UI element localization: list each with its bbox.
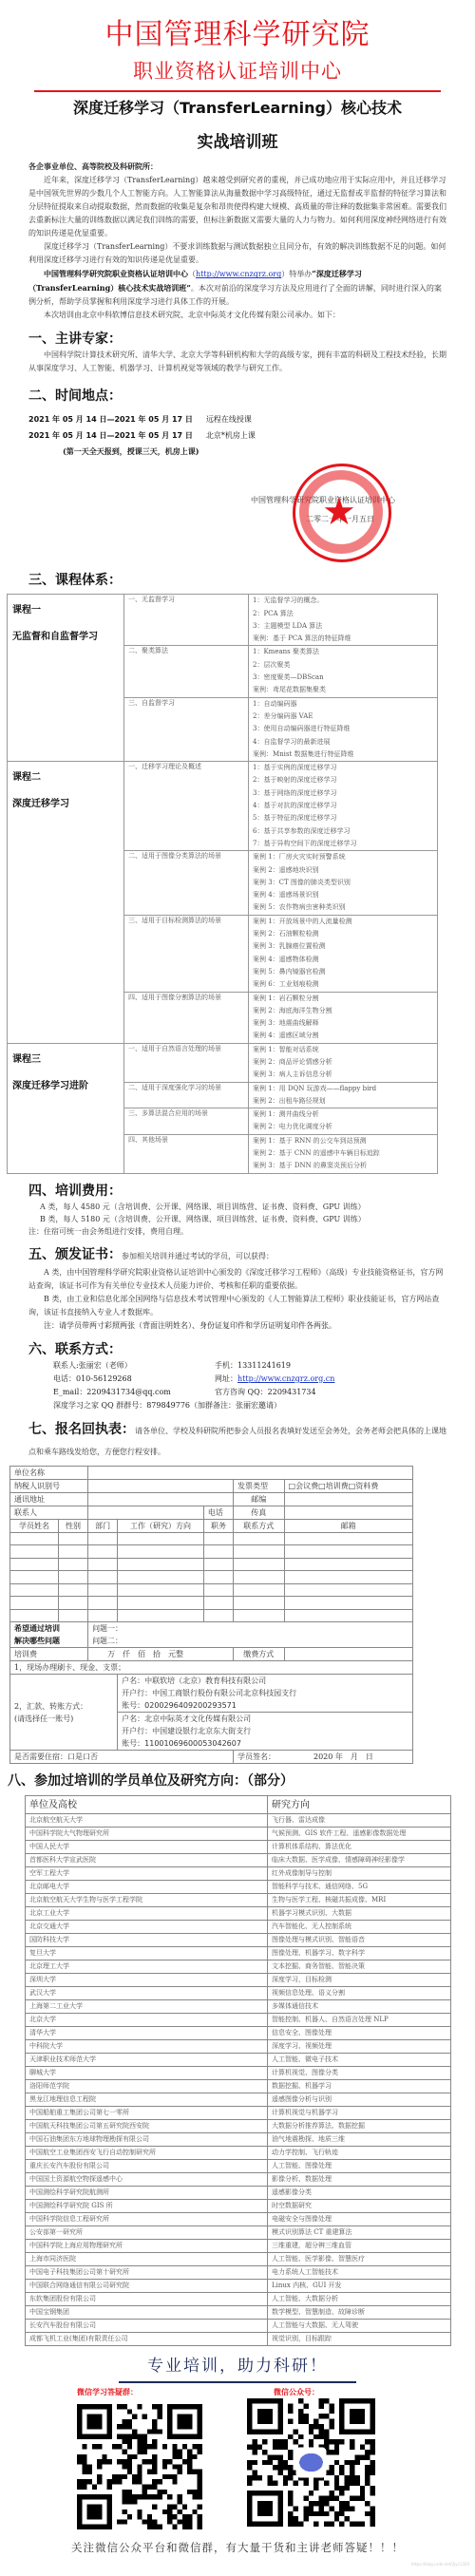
alumni-unit: 长安汽车股份有限公司 — [26, 2320, 268, 2333]
section-experts-heading: 一、主讲专家： — [28, 330, 446, 349]
student-entry-cell[interactable] — [58, 1545, 87, 1559]
student-entry-cell[interactable] — [88, 1545, 118, 1559]
header-divider — [34, 90, 441, 92]
alumni-direction: 电磁安全与图像处理 — [268, 2213, 451, 2226]
alumni-direction: 人工智能、医学影像、智慧医疗 — [268, 2253, 451, 2266]
student-entry-cell[interactable] — [234, 1583, 285, 1597]
alumni-row: 上海市同济医院人工智能、医学影像、智慧医疗 — [26, 2253, 451, 2266]
fax-field[interactable] — [284, 1506, 412, 1519]
wechat-group-qr-icon[interactable] — [77, 2404, 202, 2529]
student-entry-row — [10, 1571, 413, 1584]
student-entry-cell[interactable] — [118, 1571, 204, 1584]
module-title: 三、多算法混合应用的场景 — [124, 1108, 249, 1135]
wechat-official-qr-icon[interactable] — [247, 2398, 375, 2527]
module-items: 1：Kmeans 聚类算法2：层次聚类3：密度聚类—DBScan案例：鸢尾花数据… — [249, 646, 438, 697]
contact-qq: 官方咨询 QQ：2209431734 — [215, 1386, 405, 1399]
fee-b: B 类，每人 5180 元（含培训费、公开课、网络课、项目训练营、证书费、资料费… — [40, 1213, 446, 1225]
alumni-row: 长安汽车股份有限公司人工智能与大数据、无人驾驶 — [26, 2320, 451, 2333]
account-2: 户名：北京中际英才文化传媒有限公司开户行：中国建设银行北京东大街支行账号：110… — [118, 1713, 413, 1751]
alumni-row: 中国科学院信息工程研究所电磁安全与图像处理 — [26, 2213, 451, 2226]
lodging-checkboxes[interactable]: 是否需要住宿：口是口否 — [10, 1751, 234, 1764]
student-entry-cell[interactable] — [88, 1597, 118, 1610]
alumni-header-row: 单位及高校 研究方向 — [26, 1796, 451, 1814]
module-item: 1：无监督学习的概念。 — [253, 595, 433, 607]
student-col-header: 性别 — [58, 1519, 87, 1532]
account-1-name: 户名：中联软培（北京）教育科技有限公司 — [122, 1675, 408, 1687]
alumni-row: 黑龙江地理信息工程院遥感图像分析与识别 — [26, 2093, 451, 2107]
alumni-unit: 中国电子科技集团公司第十研究所 — [26, 2266, 268, 2280]
student-entry-cell[interactable] — [10, 1545, 59, 1559]
alumni-direction: 深度学习，目标检测 — [268, 1974, 451, 1987]
student-entry-cell[interactable] — [234, 1545, 285, 1559]
unit-name-field[interactable] — [88, 1466, 413, 1479]
zip-label: 邮编 — [234, 1492, 285, 1506]
alumni-unit: 黑龙江地理信息工程院 — [26, 2093, 268, 2107]
module-item: 案例 3：乳腺癌位置检测 — [253, 940, 433, 953]
registration-heading-text: 七、报名回执表： — [28, 1422, 135, 1437]
seal-signature-area: 中国管理科学研究院职业资格认证培训中心 二零二一年一月五日 ★ — [0, 459, 475, 563]
module-item: 案例 2：电力优化调度分析 — [253, 1121, 433, 1133]
student-entry-cell[interactable] — [58, 1597, 87, 1610]
tax-id-field[interactable] — [88, 1479, 234, 1492]
module-item: 2：差分编码器 VAE — [253, 710, 433, 723]
fee-note: 注：住宿可统一由会务组进行安排，费用自理。 — [28, 1225, 446, 1238]
module-item: 2：PCA 算法 — [253, 608, 433, 620]
alumni-unit: 北京邮电大学 — [26, 1881, 268, 1894]
alumni-unit: 北京工业大学 — [26, 1907, 268, 1921]
payment-method-field[interactable] — [284, 1648, 412, 1661]
official-seal-icon: ★ — [293, 464, 391, 562]
experts-text: 中国科学院计算技术研究所、清华大学、北京大学等科研机构和大学的高级专家，拥有丰富… — [28, 349, 446, 375]
curriculum-table: 课程一无监督和自监督学习一、无监督学习1：无监督学习的概念。2：PCA 算法3：… — [7, 594, 438, 1173]
alumni-direction: 油气地震勘探、地质三维 — [268, 2133, 451, 2147]
module-item: 案例 3：基于 DNN 的鼻窦炎预后分析 — [253, 1160, 433, 1172]
module-item: 3：基于网络的深度迁移学习 — [253, 787, 433, 800]
certificate-note: 注：请学员带两寸彩照两张（背面注明姓名）、身份证复印件和学历证明复印件各两张。 — [28, 1319, 446, 1333]
student-entry-cell[interactable] — [58, 1583, 87, 1597]
module-item: 案例 2：出租车路径规划 — [253, 1095, 433, 1108]
alumni-row: 中国宝钢集团数学模型、智慧制造、故障诊断 — [26, 2306, 451, 2320]
problems-label-1: 希望通过培训 — [14, 1622, 84, 1635]
alumni-row: 中国科学院上海应用物理研究所三维重建，超分辨三维血管 — [26, 2240, 451, 2253]
question-2-field[interactable]: 问题二： — [88, 1635, 413, 1648]
alumni-direction: 人工智能、大数据分析 — [268, 2293, 451, 2306]
student-col-header: 部门 — [88, 1519, 118, 1532]
module-item: 案例 4：遥感区域分割 — [253, 1030, 433, 1042]
student-entry-cell[interactable] — [234, 1532, 285, 1545]
module-item: 案例 5：鼻内镜器官检测 — [253, 966, 433, 978]
problems-label-2: 解决哪些问题 — [14, 1635, 84, 1647]
student-entry-cell[interactable] — [284, 1597, 412, 1610]
alumni-unit: 公安部第一研究所 — [26, 2226, 268, 2240]
alumni-row: 清华大学信息安全、图像处理 — [26, 2027, 451, 2040]
follow-prompt: 关注微信公众平台和微信群，有大量干货和主讲老师答疑！！！ — [0, 2539, 475, 2556]
alumni-direction: 临床大数据、医学成像、情感障碍神经影像学 — [268, 1854, 451, 1867]
alumni-unit: 深圳大学 — [26, 1974, 268, 1987]
alumni-direction: 影像分析、数据处理 — [268, 2173, 451, 2187]
phone-cell: 电话 — [203, 1506, 233, 1519]
org-title: 中国管理科学研究院 — [0, 0, 475, 53]
student-entry-cell[interactable] — [10, 1532, 59, 1545]
course-name-cell: 课程一无监督和自监督学习 — [8, 595, 124, 762]
module-items: 案例 1：开放场景中的人流量检测案例 2：石油颗粒检测案例 3：乳腺癌位置检测案… — [249, 915, 438, 992]
module-item: 7：基于异构空间下的深度迁移学习 — [253, 838, 433, 850]
module-item: 6：基于共享参数的深度迁移学习 — [253, 825, 433, 838]
student-entry-cell[interactable] — [10, 1597, 59, 1610]
student-entry-cell[interactable] — [234, 1609, 285, 1622]
alumni-unit: 北京航空航天大学 — [26, 1814, 268, 1828]
alumni-unit: 聊城大学 — [26, 2067, 268, 2080]
course-module-row: 课程二深度迁移学习一、迁移学习理论及概述1：基于实例的深度迁移学习2：基于映射的… — [8, 762, 438, 851]
qr-group-label: 微信学习答疑群： — [77, 2386, 138, 2398]
course-title-line2: 实战培训班 — [0, 132, 475, 153]
col-unit-header: 单位及高校 — [26, 1796, 268, 1814]
invoice-type-checkboxes[interactable]: □会议费□培训费□资料费 — [284, 1479, 412, 1492]
alumni-unit: 天津职业技术师范大学 — [26, 2054, 268, 2067]
alumni-direction: 图像处理与模式识别、智能语音 — [268, 1934, 451, 1947]
alumni-row: 重庆长安汽车股份有限公司人工智能、图像处理 — [26, 2160, 451, 2173]
alumni-unit: 首都医科大学宣武医院 — [26, 1854, 268, 1867]
student-entry-cell[interactable] — [58, 1532, 87, 1545]
student-entry-cell[interactable] — [118, 1597, 204, 1610]
fee-a: A 类，每人 4580 元（含培训费、公开课、网络课、项目训练营、证书费、资料费… — [40, 1201, 446, 1213]
account-2-bank: 开户行：中国建设银行北京东大街支行 — [122, 1725, 408, 1737]
module-item: 案例 2：基于 CNN 的遥感中车辆目标追踪 — [253, 1147, 433, 1160]
pay-onsite-row: 1，现场办理刷卡、现金、支票； — [10, 1661, 413, 1675]
alumni-unit: 上海市同济医院 — [26, 2253, 268, 2266]
center-title: 职业资格认证培训中心 — [0, 57, 475, 85]
module-items: 案例 1：测井曲线分析案例 2：电力优化调度分析 — [249, 1108, 438, 1135]
course-name-cell: 课程二深度迁移学习 — [8, 762, 124, 1044]
module-item: 案例 1：岩石颗粒分割 — [253, 993, 433, 1005]
zip-field[interactable] — [284, 1492, 412, 1506]
alumni-unit: 空军工程大学 — [26, 1867, 268, 1881]
student-entry-cell[interactable] — [118, 1583, 204, 1597]
fee-row: 培训费 万 仟 佰 拾 元整 缴费方式 — [10, 1648, 413, 1661]
problems-label: 希望通过培训解决哪些问题 — [10, 1622, 88, 1648]
certificate-b: B 类，由工业和信息化部全国网络与信息技术考试管理中心颁发的《人工智能算法工程师… — [28, 1293, 446, 1319]
alumni-unit: 上海第二工业大学 — [26, 2000, 268, 2014]
alumni-direction: 信息安全、图像处理 — [268, 2027, 451, 2040]
alumni-row: 洛阳师范学院数据挖掘、机器学习 — [26, 2080, 451, 2093]
alumni-direction: 数学模型、智慧制造、故障诊断 — [268, 2306, 451, 2320]
student-entry-cell[interactable] — [88, 1532, 118, 1545]
alumni-row: 中国航天科技集团公司第五研究院西安院大数据分析推荐算法、数据挖掘 — [26, 2120, 451, 2133]
module-item: 案例 4：遥感场景识别 — [253, 889, 433, 901]
pay-onsite-text: 1，现场办理刷卡、现金、支票； — [10, 1661, 413, 1675]
alumni-direction: 气候预测、GIS 软件工程、遥感影像数据处理 — [268, 1828, 451, 1841]
student-entry-cell[interactable] — [203, 1597, 233, 1610]
account-1-bank: 开户行：中国工商银行股份有限公司北京科技园支行 — [122, 1687, 408, 1699]
module-items: 案例 1：岩石颗粒分割案例 2：海底海洋生物分割案例 3：地震曲线解释案例 4：… — [249, 992, 438, 1043]
student-entry-cell[interactable] — [203, 1583, 233, 1597]
module-title: 一、适用于自然语言处理的场景 — [124, 1043, 249, 1082]
module-item: 案例 1：基于 RNN 的公交车到站预测 — [253, 1135, 433, 1147]
module-item: 4：基于对抗的深度迁移学习 — [253, 800, 433, 812]
alumni-unit: 国防科技大学 — [26, 1934, 268, 1947]
alumni-row: 深圳大学深度学习，目标检测 — [26, 1974, 451, 1987]
course-number: 课程一 — [12, 600, 119, 621]
lodging-row: 是否需要住宿：口是口否 学员签名：2020 年 月 日 — [10, 1751, 413, 1764]
student-header-row: 学员姓名性别部门工作（研究）方向职务联系方式邮箱 — [10, 1519, 413, 1532]
alumni-unit: 重庆长安汽车股份有限公司 — [26, 2160, 268, 2173]
student-entry-cell[interactable] — [284, 1532, 412, 1545]
module-title: 四、其他场景 — [124, 1134, 249, 1173]
module-title: 三、适用于目标检测算法的场景 — [124, 915, 249, 992]
alumni-unit: 中国人民大学 — [26, 1841, 268, 1854]
student-entry-cell[interactable] — [58, 1571, 87, 1584]
schedule-place: 远程在线授课 — [206, 415, 252, 424]
account-no-label: 账号： — [122, 1701, 144, 1710]
alumni-direction: 智能科学与技术、通信网络、5G — [268, 1881, 451, 1894]
fee-label: 培训费 — [10, 1648, 88, 1661]
address-field[interactable] — [88, 1492, 234, 1506]
alumni-direction: 多媒体通信技术 — [268, 2000, 451, 2014]
module-item: 5：基于特征的深度迁移学习 — [253, 812, 433, 824]
course-title-line1: 深度迁移学习（TransferLearning）核心技术 — [0, 98, 475, 119]
student-entry-cell[interactable] — [284, 1609, 412, 1622]
student-entry-cell[interactable] — [10, 1609, 59, 1622]
intro-paragraph-1: 近年来，深度迁移学习（TransferLearning）越来越受到研究者的重视，… — [28, 174, 446, 240]
student-entry-cell[interactable] — [88, 1558, 118, 1571]
alumni-direction: 时空数据研究 — [268, 2200, 451, 2213]
certificate-a: A 类，由中国管理科学研究院职业资格认证培训中心颁发的《深度迁移学习工程师》（高… — [28, 1266, 446, 1293]
student-col-header: 职务 — [203, 1519, 233, 1532]
certificate-heading-note: 参加相关培训并通过考试的学员，可以获得： — [122, 1252, 274, 1260]
student-entry-cell[interactable] — [284, 1545, 412, 1559]
module-item: 2：基于映射的深度迁移学习 — [253, 774, 433, 786]
alumni-direction: 计算机视觉与机器学习 — [268, 2107, 451, 2120]
student-entry-cell[interactable] — [58, 1609, 87, 1622]
transfer-label: 2，汇款、转账方式： — [14, 1700, 113, 1713]
alumni-direction: 生物与医学工程、核磁共振成像、MRI — [268, 1894, 451, 1907]
alumni-row: 天津职业技术师范大学人工智能、微电子技术 — [26, 2054, 451, 2067]
module-item: 1：Kmeans 聚类算法 — [253, 646, 433, 658]
alumni-direction: 三维重建，超分辨三维血管 — [268, 2240, 451, 2253]
account-1-number: 账号：0200296409200293571 — [122, 1699, 408, 1712]
alumni-row: 北京大学智能控制、机器人、自然语言处理 NLP — [26, 2014, 451, 2027]
module-item: 3：使用自动编码器进行特征降维 — [253, 723, 433, 735]
contact-grid: 联系人:张丽宏（老师） 手机：13311241619 电话：010-561292… — [53, 1359, 446, 1412]
module-title: 三、自监督学习 — [124, 697, 249, 761]
module-title: 二、适用于深度强化学习的场景 — [124, 1082, 249, 1108]
alumni-direction: 视频信息处理、语义分割 — [268, 1987, 451, 2000]
alumni-direction: 飞行器、雷达成像 — [268, 1814, 451, 1828]
alumni-row: 北京理工大学文本挖掘、商务智能、智能决策 — [26, 1960, 451, 1974]
student-col-header: 学员姓名 — [10, 1519, 59, 1532]
alumni-row: 中科院大学深度学习、视频处理 — [26, 2040, 451, 2054]
student-entry-cell[interactable] — [203, 1609, 233, 1622]
intro-paragraph-3: 中国管理科学研究院职业资格认证培训中心（http://www.cnzgrz.or… — [28, 267, 446, 309]
student-entry-cell[interactable] — [10, 1571, 59, 1584]
alumni-direction: 数据挖掘、机器学习 — [268, 2080, 451, 2093]
module-item: 2：层次聚类 — [253, 659, 433, 672]
payment-method-label: 缴费方式 — [234, 1648, 285, 1661]
alumni-row: 公安部第一研究所模式识别算法 CT 重建算法 — [26, 2226, 451, 2240]
transfer-label-cell: 2，汇款、转账方式：(请选择任一账号) — [10, 1675, 118, 1751]
signature-label: 学员签名： — [237, 1752, 275, 1761]
problems-row-1: 希望通过培训解决哪些问题 问题一： — [10, 1622, 413, 1636]
module-item: 案例 2：遥感地块识别 — [253, 864, 433, 877]
address-label: 通讯地址 — [10, 1492, 88, 1506]
contact-phone: 电话：010-56129268 — [53, 1373, 215, 1386]
student-entry-cell[interactable] — [118, 1532, 204, 1545]
alumni-row: 复旦大学图像处理、机器学习、数字科学 — [26, 1947, 451, 1960]
alumni-direction: 动力学控制、飞行轨迹 — [268, 2147, 451, 2160]
schedule-dates: 2021 年 05 月 14 日—2021 年 05 月 17 日 — [28, 431, 193, 440]
student-entry-cell[interactable] — [234, 1558, 285, 1571]
fax-label: 传真 — [234, 1506, 285, 1519]
account-2-name: 户名：北京中际英才文化传媒有限公司 — [122, 1713, 408, 1725]
alumni-unit: 中国石油集团东方地球物理勘探有限公司 — [26, 2133, 268, 2147]
qr-codes — [0, 2398, 475, 2531]
alumni-direction: 遥感影像分类 — [268, 2187, 451, 2200]
course-number: 课程二 — [12, 767, 119, 788]
alumni-row: 北京交通大学汽车智能化、无人控制系统 — [26, 1921, 451, 1934]
student-entry-cell[interactable] — [88, 1609, 118, 1622]
schedule-row-online: 2021 年 05 月 14 日—2021 年 05 月 17 日远程在线授课 — [28, 411, 475, 427]
alumni-row: 北京邮电大学智能科学与技术、通信网络、5G — [26, 1881, 451, 1894]
contact-mobile: 手机：13311241619 — [215, 1359, 405, 1373]
alumni-unit: 中国航天科技集团公司第五研究院西安院 — [26, 2120, 268, 2133]
seal-star-icon: ★ — [322, 493, 356, 531]
student-entry-cell[interactable] — [10, 1583, 59, 1597]
student-entry-cell[interactable] — [234, 1597, 285, 1610]
alumni-row: 中国人民大学计算机体系结构、算法优化 — [26, 1841, 451, 1854]
intro-text: 特举办 — [289, 270, 312, 278]
student-entry-cell[interactable] — [284, 1571, 412, 1584]
document-body: 各企事业单位、高等院校及科研院所： 近年来，深度迁移学习（TransferLea… — [0, 161, 475, 407]
student-entry-cell[interactable] — [234, 1571, 285, 1584]
schedule-row-onsite: 2021 年 05 月 14 日—2021 年 05 月 17 日北京*机房上课 — [28, 427, 475, 444]
module-item: 案例 5：农作物病虫害种类识别 — [253, 901, 433, 914]
student-entry-row — [10, 1597, 413, 1610]
module-item: 案例 3：CT 图像的肺炎类型识别 — [253, 877, 433, 889]
signature-date: 2020 年 月 日 — [313, 1752, 373, 1761]
student-entry-cell[interactable] — [203, 1545, 233, 1559]
alumni-row: 中国测绘科学研究院航测所遥感影像分类 — [26, 2187, 451, 2200]
alumni-direction: 文本挖掘、商务智能、智能决策 — [268, 1960, 451, 1974]
alumni-row: 中国航空工业集团西安飞行自动控制研究所动力学控制、飞行轨迹 — [26, 2147, 451, 2160]
course-module-row: 课程一无监督和自监督学习一、无监督学习1：无监督学习的概念。2：PCA 算法3：… — [8, 595, 438, 646]
student-entry-cell[interactable] — [118, 1558, 204, 1571]
account-1: 户名：中联软培（北京）教育科技有限公司开户行：中国工商银行股份有限公司北京科技园… — [118, 1675, 413, 1713]
student-entry-cell[interactable] — [203, 1558, 233, 1571]
qr-labels: 微信学习答疑群： 微信公众号： — [0, 2383, 475, 2398]
module-item: 案例 4：遥感物体检测 — [253, 954, 433, 966]
slogan: 专业培训，助力科研！ — [0, 2354, 475, 2383]
signature-cell[interactable]: 学员签名：2020 年 月 日 — [234, 1751, 413, 1764]
alumni-row: 中国船舶重工集团公司第七一零所计算机视觉与机器学习 — [26, 2107, 451, 2120]
student-entry-cell[interactable] — [284, 1558, 412, 1571]
student-entry-cell[interactable] — [88, 1583, 118, 1597]
student-entry-cell[interactable] — [118, 1609, 204, 1622]
section-registration-heading: 七、报名回执表：请各单位、学校及科研院所把参会人员报名表填好发送至会务处，会务老… — [28, 1420, 446, 1462]
alumni-direction: 人工智能与大数据、无人驾驶 — [268, 2320, 451, 2333]
account-1-row: 2，汇款、转账方式：(请选择任一账号) 户名：中联软培（北京）教育科技有限公司开… — [10, 1675, 413, 1713]
module-item: 案例 2：商品评论情感分析 — [253, 1056, 433, 1069]
question-1-field[interactable]: 问题一： — [88, 1622, 413, 1636]
course-number: 课程三 — [12, 1050, 119, 1070]
section-schedule-heading: 二、时间地点： — [28, 387, 446, 406]
col-direction-header: 研究方向 — [268, 1796, 451, 1814]
alumni-direction: 计算机体系结构、算法优化 — [268, 1841, 451, 1854]
module-item: 案例 1：厂房火灾实时预警系统 — [253, 851, 433, 863]
alumni-row: 中国测绘科学研究院 GIS 所时空数据研究 — [26, 2200, 451, 2213]
student-entry-cell[interactable] — [203, 1571, 233, 1584]
alumni-unit: 复旦大学 — [26, 1947, 268, 1960]
student-col-header: 工作（研究）方向 — [118, 1519, 204, 1532]
alumni-direction: 汽车智能化、无人控制系统 — [268, 1921, 451, 1934]
student-entry-cell[interactable] — [284, 1583, 412, 1597]
module-title: 一、迁移学习理论及概述 — [124, 762, 249, 851]
contact-website: 网址：http://www.cnzgrz.org.cn — [215, 1373, 405, 1386]
alumni-unit: 中科院大学 — [26, 2040, 268, 2054]
alumni-unit: 北京理工大学 — [26, 1960, 268, 1974]
module-item: 4：自监督学习的最新进展 — [253, 736, 433, 748]
alumni-unit: 中国国土资源航空物探遥感中心 — [26, 2173, 268, 2187]
alumni-direction: 红外成像制导与控制 — [268, 1867, 451, 1881]
certificate-heading-text: 五、颁发证书： — [28, 1247, 122, 1262]
module-items: 案例 1：智能对话系统案例 2：商品评论情感分析案例 3：病人主诉信息分析 — [249, 1043, 438, 1082]
alumni-direction: 视觉识别，目标跟踪 — [268, 2333, 451, 2346]
section-certificate-heading: 五、颁发证书：参加相关培训并通过考试的学员，可以获得： — [28, 1245, 446, 1266]
org-website-link[interactable]: http://www.cnzgrz.org — [196, 270, 281, 278]
course-name: 深度迁移学习进阶 — [12, 1076, 119, 1097]
student-entry-cell[interactable] — [118, 1545, 204, 1559]
module-item: 案例 1：智能对话系统 — [253, 1044, 433, 1056]
watermark: https://blog.csdn.net/2jyc1320 — [411, 2562, 469, 2567]
alumni-unit: 中国航空工业集团西安飞行自动控制研究所 — [26, 2147, 268, 2160]
alumni-direction: 机器学习模式识别、大数据 — [268, 1907, 451, 1921]
alumni-unit: 武汉大学 — [26, 1987, 268, 2000]
module-items: 案例 1：用 DQN 玩游戏——flappy bird案例 2：出租车路径规划 — [249, 1082, 438, 1108]
student-entry-cell[interactable] — [58, 1558, 87, 1571]
contact-email: E_mail：2209431734@qq.com — [53, 1386, 215, 1399]
alumni-row: 成都飞机工业(集团)有限责任公司视觉识别，目标跟踪 — [26, 2333, 451, 2346]
alumni-unit: 洛阳师范学院 — [26, 2080, 268, 2093]
alumni-row: 上海第二工业大学多媒体通信技术 — [26, 2000, 451, 2014]
fee-amount-field[interactable]: 万 仟 佰 拾 元整 — [88, 1648, 234, 1661]
alumni-unit: 中国科学院上海应用物理研究所 — [26, 2240, 268, 2253]
document-page: 中国管理科学研究院 职业资格认证培训中心 深度迁移学习（TransferLear… — [0, 0, 475, 2576]
module-items: 案例 1：基于 RNN 的公交车到站预测案例 2：基于 CNN 的遥感中车辆目标… — [249, 1134, 438, 1173]
module-item: 案例 6：工业划痕检测 — [253, 978, 433, 991]
qr-official-label: 微信公众号： — [274, 2386, 319, 2398]
registration-form-table: 单位名称 纳税人识别号 发票类型 □会议费□培训费□资料费 通讯地址 邮编 联系… — [9, 1466, 413, 1765]
alumni-row: 北京工业大学机器学习模式识别、大数据 — [26, 1907, 451, 1921]
module-item: 案例 2：石油颗粒检测 — [253, 928, 433, 940]
student-entry-cell[interactable] — [10, 1558, 59, 1571]
section-curriculum-heading: 三、课程体系： — [28, 571, 446, 590]
alumni-row: 武汉大学视频信息处理、语义分割 — [26, 1987, 451, 2000]
student-entry-cell[interactable] — [88, 1571, 118, 1584]
student-col-header: 邮箱 — [284, 1519, 412, 1532]
alumni-table: 单位及高校 研究方向 北京航空航天大学飞行器、雷达成像中国科学院大气物理研究所气… — [25, 1795, 451, 2346]
alumni-direction: 大数据分析推荐算法、数据挖掘 — [268, 2120, 451, 2133]
unit-name-label: 单位名称 — [10, 1466, 88, 1479]
alumni-unit: 北京大学 — [26, 2014, 268, 2027]
website-link[interactable]: http://www.cnzgrz.org.cn — [237, 1374, 334, 1383]
alumni-row: 首都医科大学宣武医院临床大数据、医学成像、情感障碍神经影像学 — [26, 1854, 451, 1867]
transfer-sublabel: (请选择任一账号) — [14, 1713, 113, 1725]
alumni-row: 中国科学院大气物理研究所气候预测、GIS 软件工程、遥感影像数据处理 — [26, 1828, 451, 1841]
alumni-row: 东软集团股份有限公司人工智能、大数据分析 — [26, 2293, 451, 2306]
invoice-type-label: 发票类型 — [234, 1479, 285, 1492]
student-entry-cell[interactable] — [203, 1532, 233, 1545]
contact-field[interactable] — [88, 1506, 204, 1519]
alumni-row: 北京航空航天大学飞行器、雷达成像 — [26, 1814, 451, 1828]
